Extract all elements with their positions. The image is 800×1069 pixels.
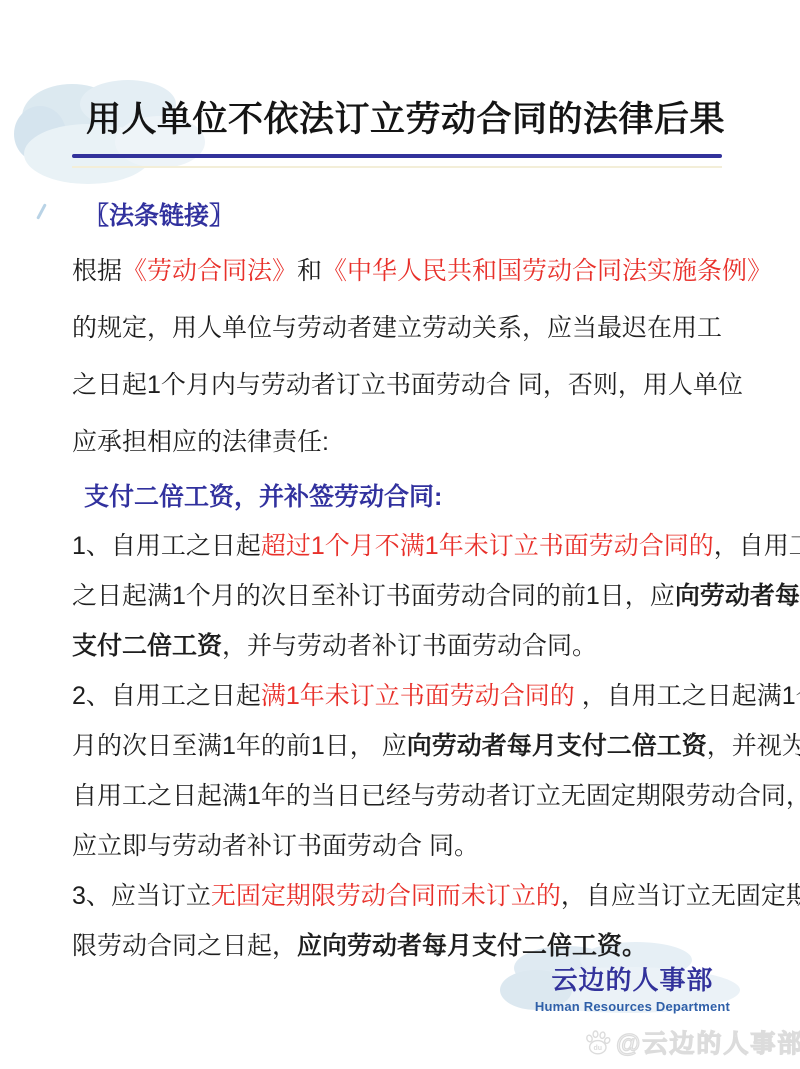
intro-paragraph: 根据《劳动合同法》和《中华人民共和国劳动合同法实施条例》的规定，用人单位与劳动者… [72,243,772,471]
page-title: 用人单位不依法订立劳动合同的法律后果 [86,92,725,142]
text-segment: 之日起1个月内与劳动者订立书面劳动合 同，否则，用人单位 [72,371,743,399]
baidu-paw-icon: du [584,1029,611,1056]
text-segment: 2、自用工之日起 [72,682,261,710]
text-line: 月的次日至满1年的前1日， 应向劳动者每月支付二倍工资，并视为 [72,721,800,771]
text-line: 2、自用工之日起满1年未订立书面劳动合同的 ，自用工之日起满1个 [72,671,800,721]
text-line: 应承担相应的法律责任: [72,414,772,471]
text-line: 之日起1个月内与劳动者订立书面劳动合 同，否则，用人单位 [72,357,772,414]
text-line: 支付二倍工资，并与劳动者补订书面劳动合同。 [72,621,800,671]
text-line: 3、应当订立无固定期限劳动合同而未订立的，自应当订立无固定期 [72,871,800,921]
text-line: 的规定，用人单位与劳动者建立劳动关系，应当最迟在用工 [72,300,772,357]
text-segment: 向劳动者每月 [675,582,800,610]
text-segment: 和 [297,257,322,285]
text-line: 1、自用工之日起超过1个月不满1年未订立书面劳动合同的，自用工 [72,521,800,571]
brand-name-cn: 云边的人事部 [500,960,765,997]
text-line: 之日起满1个月的次日至补订书面劳动合同的前1日，应向劳动者每月 [72,571,800,621]
text-segment: 的规定，用人单位与劳动者建立劳动关系，应当最迟在用工 [72,314,722,342]
text-segment: 《中华人民共和国劳动合同法实施条例》 [322,257,772,285]
text-segment: 1、自用工之日起 [72,532,261,560]
text-segment: 《劳动合同法》 [122,257,297,285]
text-segment: 应承担相应的法律责任: [72,428,329,456]
title-underline-shadow [72,166,722,168]
cloud-stroke-decoration [36,203,47,219]
section-heading: 〖法条链接〗 [84,196,234,232]
text-segment: 向劳动者每月支付二倍工资 [407,732,707,760]
text-segment: 支付二倍工资 [72,632,222,660]
text-segment: 限劳动合同之日起， [72,932,297,960]
text-segment: 应向劳动者每月支付二倍工资。 [297,932,647,960]
text-line: 自用工之日起满1年的当日已经与劳动者订立无固定期限劳动合同， [72,771,800,821]
svg-text:du: du [594,1045,603,1052]
text-segment: ，并视为 [707,732,800,760]
text-segment: 根据 [72,257,122,285]
title-underline [72,154,722,158]
brand-name-en: Human Resources Department [500,999,765,1014]
watermark-text: @云边的人事部 [616,1024,800,1060]
text-segment: 应立即与劳动者补订书面劳动合 同。 [72,832,479,860]
consequence-list: 1、自用工之日起超过1个月不满1年未订立书面劳动合同的，自用工之日起满1个月的次… [72,521,800,971]
watermark: du @云边的人事部 [584,1024,800,1060]
text-segment: ，自应当订立无固定期 [561,882,800,910]
document-page: 用人单位不依法订立劳动合同的法律后果 〖法条链接〗 根据《劳动合同法》和《中华人… [0,0,800,1069]
penalty-subheading: 支付二倍工资，并补签劳动合同: [84,477,442,513]
text-segment: ，自用工 [714,532,800,560]
text-segment: 自用工之日起满1年的当日已经与劳动者订立无固定期限劳动合同， [72,782,800,810]
text-line: 根据《劳动合同法》和《中华人民共和国劳动合同法实施条例》 [72,243,772,300]
text-segment: 满1年未订立书面劳动合同的 [261,682,575,710]
brand-logo: 云边的人事部 Human Resources Department [500,960,765,1014]
text-segment: 3、应当订立 [72,882,211,910]
text-line: 应立即与劳动者补订书面劳动合 同。 [72,821,800,871]
text-segment: 之日起满1个月的次日至补订书面劳动合同的前1日，应 [72,582,675,610]
text-segment: 无固定期限劳动合同而未订立的 [211,882,561,910]
text-segment: ，自用工之日起满1个 [575,682,800,710]
text-segment: 月的次日至满1年的前1日， 应 [72,732,407,760]
text-segment: 超过1个月不满1年未订立书面劳动合同的 [261,532,714,560]
text-segment: ，并与劳动者补订书面劳动合同。 [222,632,597,660]
